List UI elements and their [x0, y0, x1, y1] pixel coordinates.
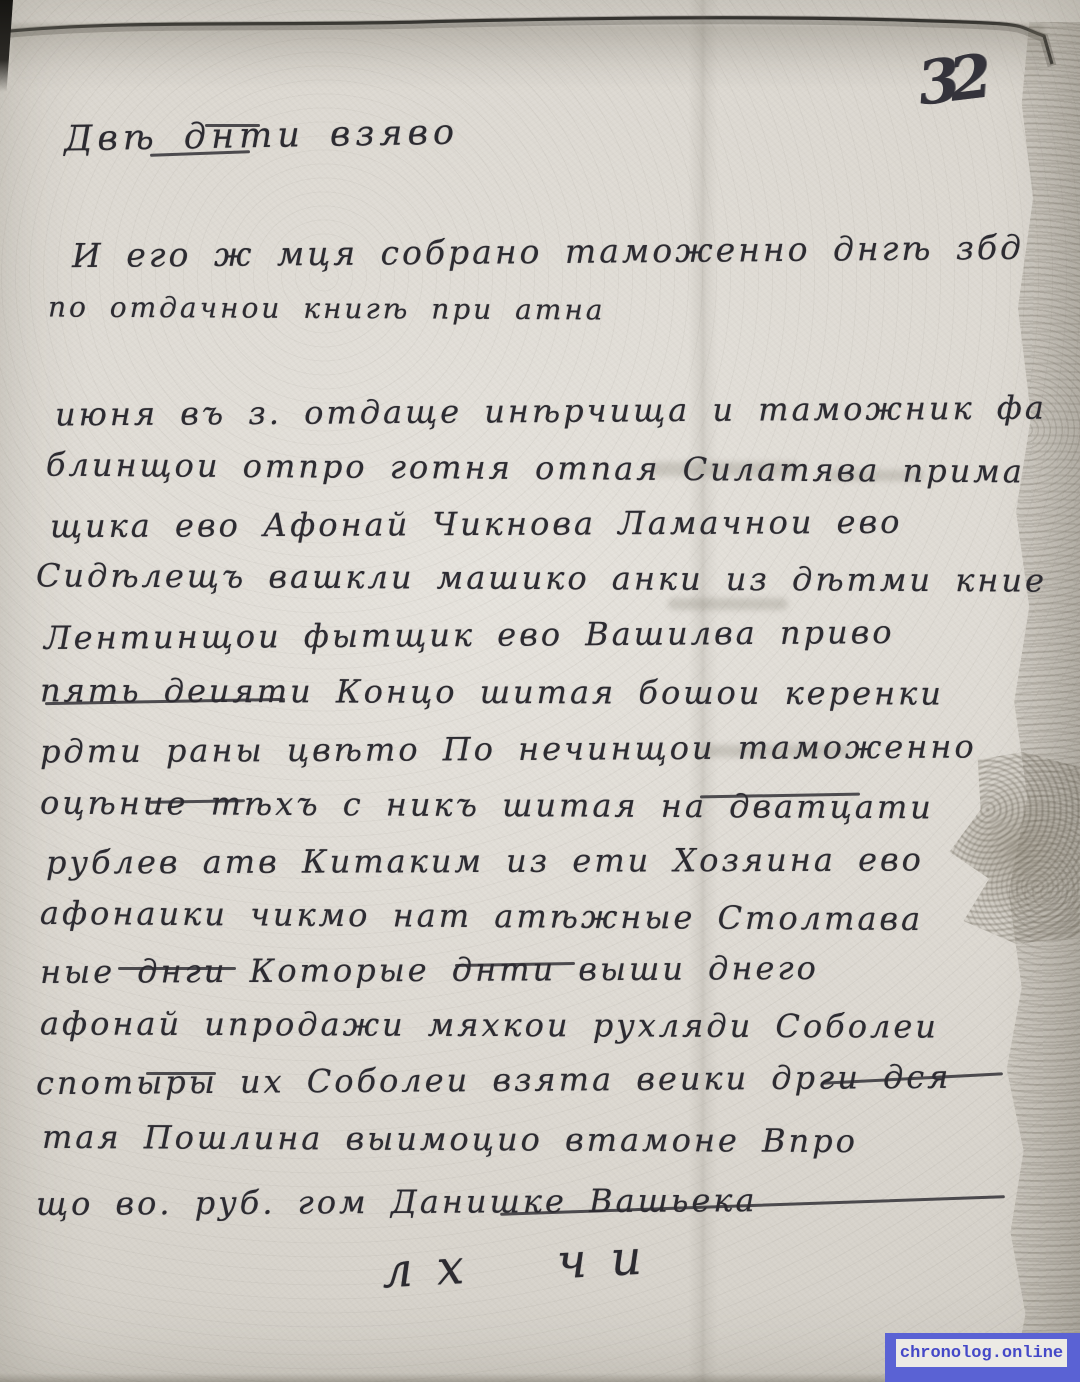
manuscript-line: рублев атв Китаким из ети Хозяина ево — [46, 840, 924, 881]
manuscript-line: июня въ з. отдаще инѣрчища и таможник фа — [55, 389, 1047, 434]
manuscript-line: Лентинщои фытщик ево Вашилва приво — [44, 613, 895, 657]
manuscript-line: тая Пошлина выимоцио втамоне Впро — [42, 1118, 858, 1160]
manuscript-line: Сидѣлещъ вашкли машико анки из дѣтми кни… — [36, 556, 1047, 599]
manuscript-line: оцѣние тѣхъ с никъ шитая на дватцати — [40, 784, 934, 827]
top-scan-shadow — [10, 24, 1044, 90]
manuscript-header-line: Двѣ днти взяво — [64, 113, 460, 160]
manuscript-line: афонаики чикмо нат атѣжные Столтава — [40, 894, 923, 938]
watermark-text: chronolog.online — [900, 1344, 1063, 1363]
manuscript-line: блинщои отпро готня отпая Силатява прима — [46, 446, 1025, 491]
manuscript-line: рдти раны цвѣто По нечинщои таможенно — [40, 728, 977, 771]
ink-strike — [146, 1072, 216, 1075]
manuscript-line: спотыры их Соболеи взята веики дрги дся — [36, 1058, 952, 1102]
manuscript-line: афонай ипродажи мяхкои рухляди Соболеи — [40, 1004, 939, 1045]
watermark-label-box: chronolog.online — [896, 1339, 1067, 1367]
ink-bleed-smudge — [668, 598, 788, 610]
manuscript-line: щика ево Афонай Чикнова Ламачнои ево — [50, 503, 903, 545]
manuscript-line: И его ж мця собрано таможенно днгѣ збд — [72, 228, 1024, 275]
watermark-badge: chronolog.online — [885, 1333, 1080, 1382]
page-number: 32 — [914, 42, 986, 119]
manuscript-line: ные днги Которые днти выши днего — [40, 949, 819, 991]
ink-strike — [205, 124, 260, 127]
ink-strike — [118, 967, 236, 970]
manuscript-line: що во. руб. гом Данишке Вашьека — [36, 1181, 758, 1223]
manuscript-line: пять деияти Концо шитая бошои керенки — [40, 671, 944, 712]
manuscript-line: по отдачнои книгѣ при атна — [48, 291, 606, 327]
